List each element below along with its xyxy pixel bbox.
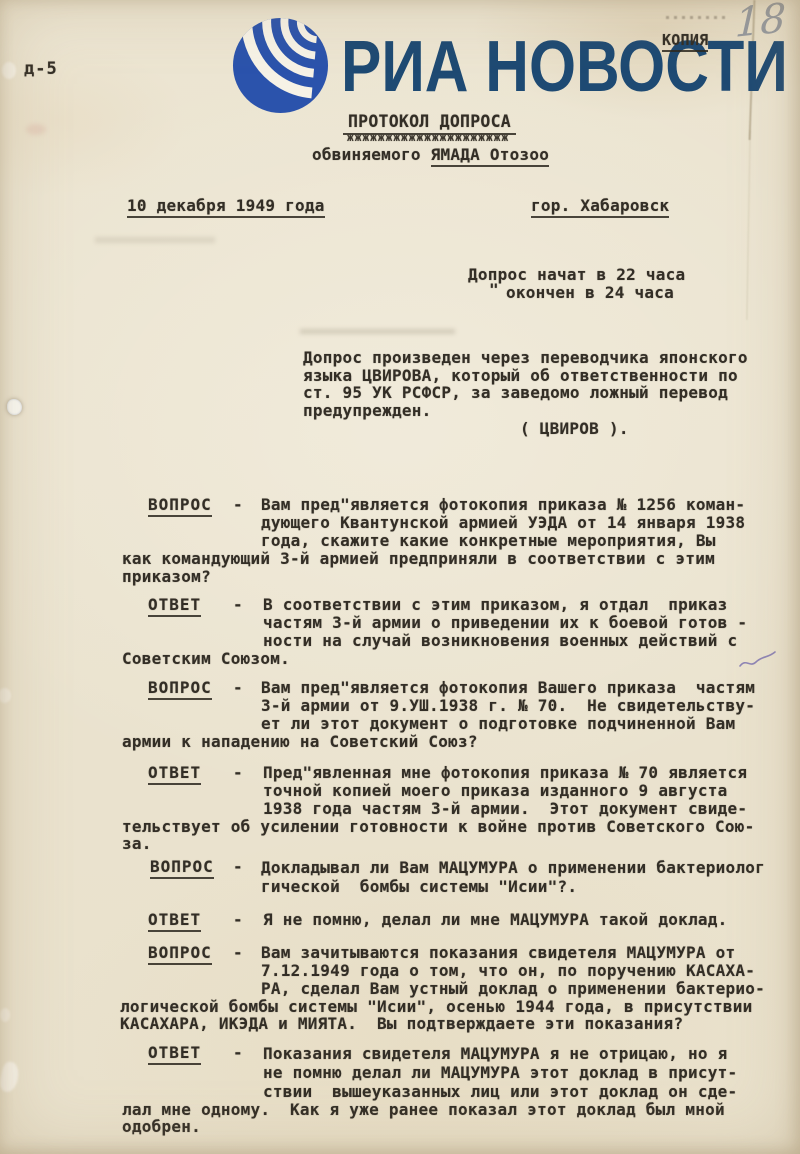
time-started: Допрос начат в 22 часа [468,266,685,284]
answer-text-indented: Я не помню, делал ли мне МАЦУМУРА такой … [263,911,728,929]
faint-typewriter-dots [666,16,726,19]
copy-stamp-text: КОПИЯ [662,31,708,52]
answer-label: ОТВЕТ [148,596,201,614]
archive-mark: д-5 [24,60,58,78]
document-subtitle: обвиняемого ЯМАДА Отозоо [312,146,549,164]
answer-label: ОТВЕТ [148,911,201,929]
question-label: ВОПРОС [148,944,212,962]
qa-dash: - [233,596,243,614]
pen-mark [738,648,778,674]
answer-label: ОТВЕТ [148,764,201,782]
document-title: ПРОТОКОЛ ДОПРОСА [343,113,516,131]
time-ended: окончен в 24 часа [506,284,674,302]
qa-dash: - [233,944,243,962]
handwritten-page-number: 18 [734,0,786,47]
paper-smudge [0,1008,10,1022]
question-text-indented: Вам пред"является фотокопия приказа № 12… [261,496,745,550]
question-text-indented: Докладывал ли Вам МАЦУМУРА о применении … [261,858,765,896]
faint-streak [95,237,215,243]
qa-dash: - [233,1044,243,1062]
question-label-text: ВОПРОС [148,678,212,700]
qa-dash: - [233,496,243,514]
answer-label-text: ОТВЕТ [148,910,201,932]
translator-signature: ( ЦВИРОВ ). [520,420,629,438]
question-label-text: ВОПРОС [150,857,214,879]
answer-label-text: ОТВЕТ [148,1043,201,1065]
answer-label: ОТВЕТ [148,1044,201,1062]
question-label-text: ВОПРОС [148,495,212,517]
copy-stamp: КОПИЯ [662,31,708,49]
paper-tear [0,1061,21,1094]
question-label: ВОПРОС [148,679,212,697]
qa-dash: - [233,858,243,876]
ria-novosti-wordmark: РИА НОВОСТИ [341,30,788,104]
answer-text-full: лал мне одному. Как я уже ранее показал … [122,1101,725,1135]
document-place-text: гор. Хабаровск [531,196,669,218]
paper-crease [746,130,750,320]
ria-novosti-logo-sphere-icon [231,16,330,115]
qa-dash: - [233,764,243,782]
answer-text-indented: В соответствии с этим приказом, я отдал … [263,596,747,650]
question-text-full: армии к нападению на Советский Союз? [122,733,478,751]
document-date: 10 декабря 1949 года [127,197,325,215]
title-strike-decor: жжжжжжжжжжжжжжжжжжжжж [347,132,509,143]
document-date-text: 10 декабря 1949 года [127,196,325,218]
qa-dash: - [233,911,243,929]
punch-hole [2,62,16,79]
document-place: гор. Хабаровск [531,197,669,215]
question-text-full: логической бомбы системы "Исии", осенью … [120,998,753,1032]
answer-text-indented: Пред"явленная мне фотокопия приказа № 70… [263,764,747,818]
ditto-mark: " [489,281,499,299]
paper-smudge [26,124,46,135]
scanned-document-page: РИА НОВОСТИ д-5 КОПИЯ 18 ПРОТОКОЛ ДОПРОС… [0,0,800,1154]
question-text-indented: Вам пред"является фотокопия Вашего прика… [261,679,755,733]
translator-note: Допрос произведен через переводчика япон… [303,349,748,419]
qa-dash: - [233,679,243,697]
answer-label-text: ОТВЕТ [148,763,201,785]
punch-hole [7,399,22,415]
question-text-indented: Вам зачитываются показания свидетеля МАЦ… [261,944,765,998]
question-label-text: ВОПРОС [148,943,212,965]
answer-label-text: ОТВЕТ [148,595,201,617]
question-label: ВОПРОС [148,496,212,514]
question-text-full: как командующий 3-й армией предприняли в… [122,550,715,586]
accused-name: ЯМАДА Отозоо [431,145,550,167]
answer-text-full: Советским Союзом. [122,650,290,668]
punch-hole [0,688,11,703]
question-label: ВОПРОС [150,858,214,876]
answer-text-full: тельствует об усилении готовности к войн… [122,818,755,852]
subtitle-prefix: обвиняемого [312,145,431,164]
faint-streak [300,329,455,334]
answer-text-indented: Показания свидетеля МАЦУМУРА я не отрица… [263,1044,737,1101]
